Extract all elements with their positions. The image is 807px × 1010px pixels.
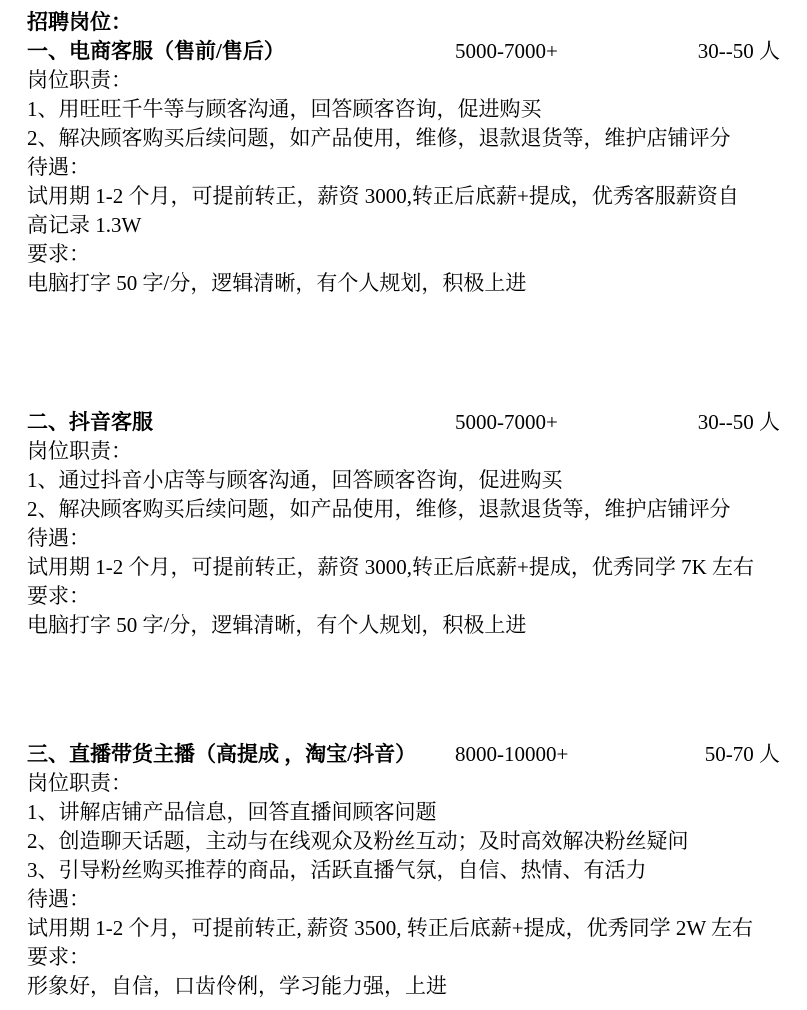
requirement-line: 形象好，自信，口齿伶俐，学习能力强，上进 bbox=[27, 972, 780, 1001]
job-salary-range: 8000-10000+ bbox=[455, 740, 568, 769]
responsibility-line: 1、讲解店铺产品信息，回答直播间顾客问题 bbox=[27, 798, 780, 827]
job-heading: 三、直播带货主播（高提成 ，淘宝/抖音） 8000-10000+ 50-70 人 bbox=[27, 740, 780, 769]
requirements-label: 要求： bbox=[27, 582, 780, 611]
benefit-line: 高记录 1.3W bbox=[27, 211, 780, 240]
responsibility-line: 2、创造聊天话题，主动与在线观众及粉丝互动；及时高效解决粉丝疑问 bbox=[27, 827, 780, 856]
benefits-label: 待遇： bbox=[27, 524, 780, 553]
page-title: 招聘岗位： bbox=[27, 8, 780, 37]
benefits-label: 待遇： bbox=[27, 885, 780, 914]
benefit-line: 试用期 1-2 个月，可提前转正，薪资 3000,转正后底薪+提成，优秀客服薪资… bbox=[27, 182, 780, 211]
benefit-line: 试用期 1-2 个月，可提前转正, 薪资 3500, 转正后底薪+提成，优秀同学… bbox=[27, 914, 780, 943]
job-heading: 一、电商客服（售前/售后） 5000-7000+ 30--50 人 bbox=[27, 37, 780, 66]
recruitment-document: 招聘岗位： 一、电商客服（售前/售后） 5000-7000+ 30--50 人 … bbox=[0, 0, 780, 1001]
job-section-douyin-service: 二、抖音客服 5000-7000+ 30--50 人 岗位职责： 1、通过抖音小… bbox=[27, 408, 780, 640]
job-title: 三、直播带货主播（高提成 ，淘宝/抖音） bbox=[27, 742, 416, 766]
job-title: 一、电商客服（售前/售后） bbox=[27, 39, 285, 63]
responsibility-line: 2、解决顾客购买后续问题，如产品使用，维修，退款退货等，维护店铺评分 bbox=[27, 124, 780, 153]
requirement-line: 电脑打字 50 字/分，逻辑清晰，有个人规划，积极上进 bbox=[27, 611, 780, 640]
responsibility-line: 1、通过抖音小店等与顾客沟通，回答顾客咨询，促进购买 bbox=[27, 466, 780, 495]
job-headcount: 30--50 人 bbox=[698, 408, 780, 437]
job-salary-range: 5000-7000+ bbox=[455, 37, 558, 66]
responsibility-line: 1、用旺旺千牛等与顾客沟通，回答顾客咨询，促进购买 bbox=[27, 95, 780, 124]
responsibilities-label: 岗位职责： bbox=[27, 769, 780, 798]
job-salary-range: 5000-7000+ bbox=[455, 408, 558, 437]
job-section-livestream-host: 三、直播带货主播（高提成 ，淘宝/抖音） 8000-10000+ 50-70 人… bbox=[27, 740, 780, 1001]
requirement-line: 电脑打字 50 字/分，逻辑清晰，有个人规划，积极上进 bbox=[27, 269, 780, 298]
benefit-line: 试用期 1-2 个月，可提前转正，薪资 3000,转正后底薪+提成，优秀同学 7… bbox=[27, 553, 780, 582]
job-section-ecommerce-service: 一、电商客服（售前/售后） 5000-7000+ 30--50 人 岗位职责： … bbox=[27, 37, 780, 298]
job-headcount: 50-70 人 bbox=[705, 740, 780, 769]
job-headcount: 30--50 人 bbox=[698, 37, 780, 66]
job-title: 二、抖音客服 bbox=[27, 410, 153, 434]
job-heading: 二、抖音客服 5000-7000+ 30--50 人 bbox=[27, 408, 780, 437]
benefits-label: 待遇： bbox=[27, 153, 780, 182]
responsibilities-label: 岗位职责： bbox=[27, 66, 780, 95]
responsibilities-label: 岗位职责： bbox=[27, 437, 780, 466]
responsibility-line: 2、解决顾客购买后续问题，如产品使用，维修，退款退货等，维护店铺评分 bbox=[27, 495, 780, 524]
requirements-label: 要求： bbox=[27, 240, 780, 269]
responsibility-line: 3、引导粉丝购买推荐的商品，活跃直播气氛，自信、热情、有活力 bbox=[27, 856, 780, 885]
requirements-label: 要求： bbox=[27, 943, 780, 972]
